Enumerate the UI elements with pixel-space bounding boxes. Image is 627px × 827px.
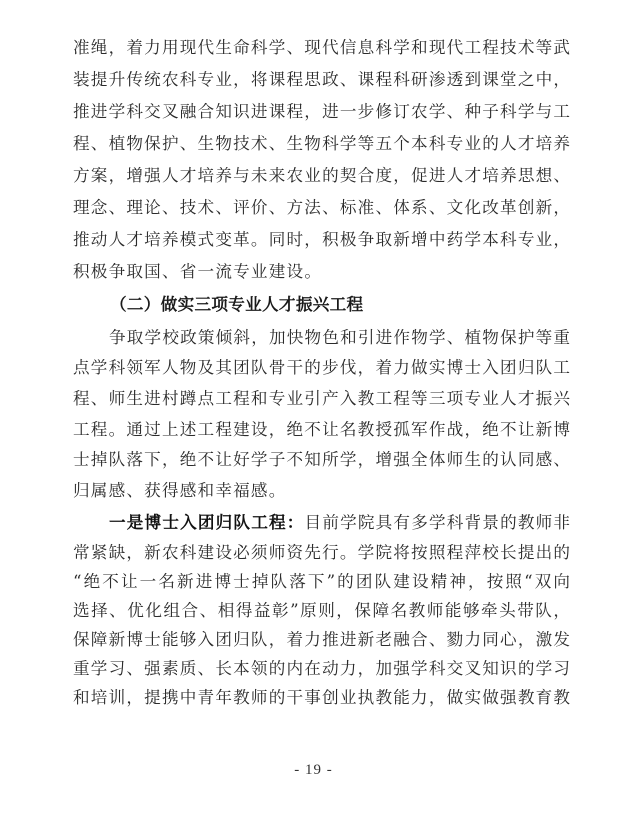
paragraph-2-line-2: 点学科领军人物及其团队骨干的步伐，着力做实博士入团归队工 [73,357,570,379]
paragraph-1-line-3: 推进学科交叉融合知识进课程，进一步修订农学、种子科学与工 [73,101,570,123]
paragraph-3-line-1: 一是博士入团归队工程：目前学院具有多学科背景的教师非 [109,512,570,534]
paragraph-3-line-7: 和培训，提携中青年教师的干事创业执教能力，做实做强教育教 [73,687,570,709]
paragraph-1-line-2: 装提升传统农科专业，将课程思政、课程科研渗透到课堂之中， [73,69,570,91]
paragraph-1-line-7: 推动人才培养模式变革。同时，积极争取新增中药学本科专业， [73,229,570,251]
page-number: - 19 - [0,762,627,779]
paragraph-3-line-4: 选择、优化组合、相得益彰”原则，保障名教师能够牵头带队， [73,600,570,622]
paragraph-3-line-3: “绝不让一名新进博士掉队落下”的团队建设精神，按照“双向 [73,571,570,593]
paragraph-2-line-5: 士掉队落下，绝不让好学子不知所学，增强全体师生的认同感、 [73,449,570,471]
section-heading: （二）做实三项专业人才振兴工程 [110,294,363,316]
paragraph-3-bold-lead: 一是博士入团归队工程： [109,513,305,532]
paragraph-3-line-6: 重学习、强素质、长本领的内在动力，加强学科交叉知识的学习 [73,658,570,680]
paragraph-1-line-1: 准绳，着力用现代生命科学、现代信息科学和现代工程技术等武 [73,37,570,59]
paragraph-1-line-8: 积极争取国、省一流专业建设。 [73,261,570,283]
paragraph-1-line-5: 方案，增强人才培养与未来农业的契合度，促进人才培养思想、 [73,165,570,187]
paragraph-2-line-1: 争取学校政策倾斜，加快物色和引进作物学、植物保护等重 [109,327,570,349]
document-page: 准绳，着力用现代生命科学、现代信息科学和现代工程技术等武 装提升传统农科专业，将… [0,0,627,827]
paragraph-3-line-5: 保障新博士能够入团归队，着力推进新老融合、勠力同心，激发 [73,629,570,651]
paragraph-1-line-6: 理念、理论、技术、评价、方法、标准、体系、文化改革创新， [73,197,570,219]
paragraph-2-line-4: 工程。通过上述工程建设，绝不让名教授孤军作战，绝不让新博 [73,419,570,441]
paragraph-2-line-3: 程、师生进村蹲点工程和专业引产入教工程等三项专业人才振兴 [73,388,570,410]
paragraph-3-first-line-text: 目前学院具有多学科背景的教师非 [305,513,570,532]
paragraph-3-line-2: 常紧缺，新农科建设必须师资先行。学院将按照程萍校长提出的 [73,542,570,564]
paragraph-2-line-6: 归属感、获得感和幸福感。 [73,480,570,502]
paragraph-1-line-4: 程、植物保护、生物技术、生物科学等五个本科专业的人才培养 [73,133,570,155]
